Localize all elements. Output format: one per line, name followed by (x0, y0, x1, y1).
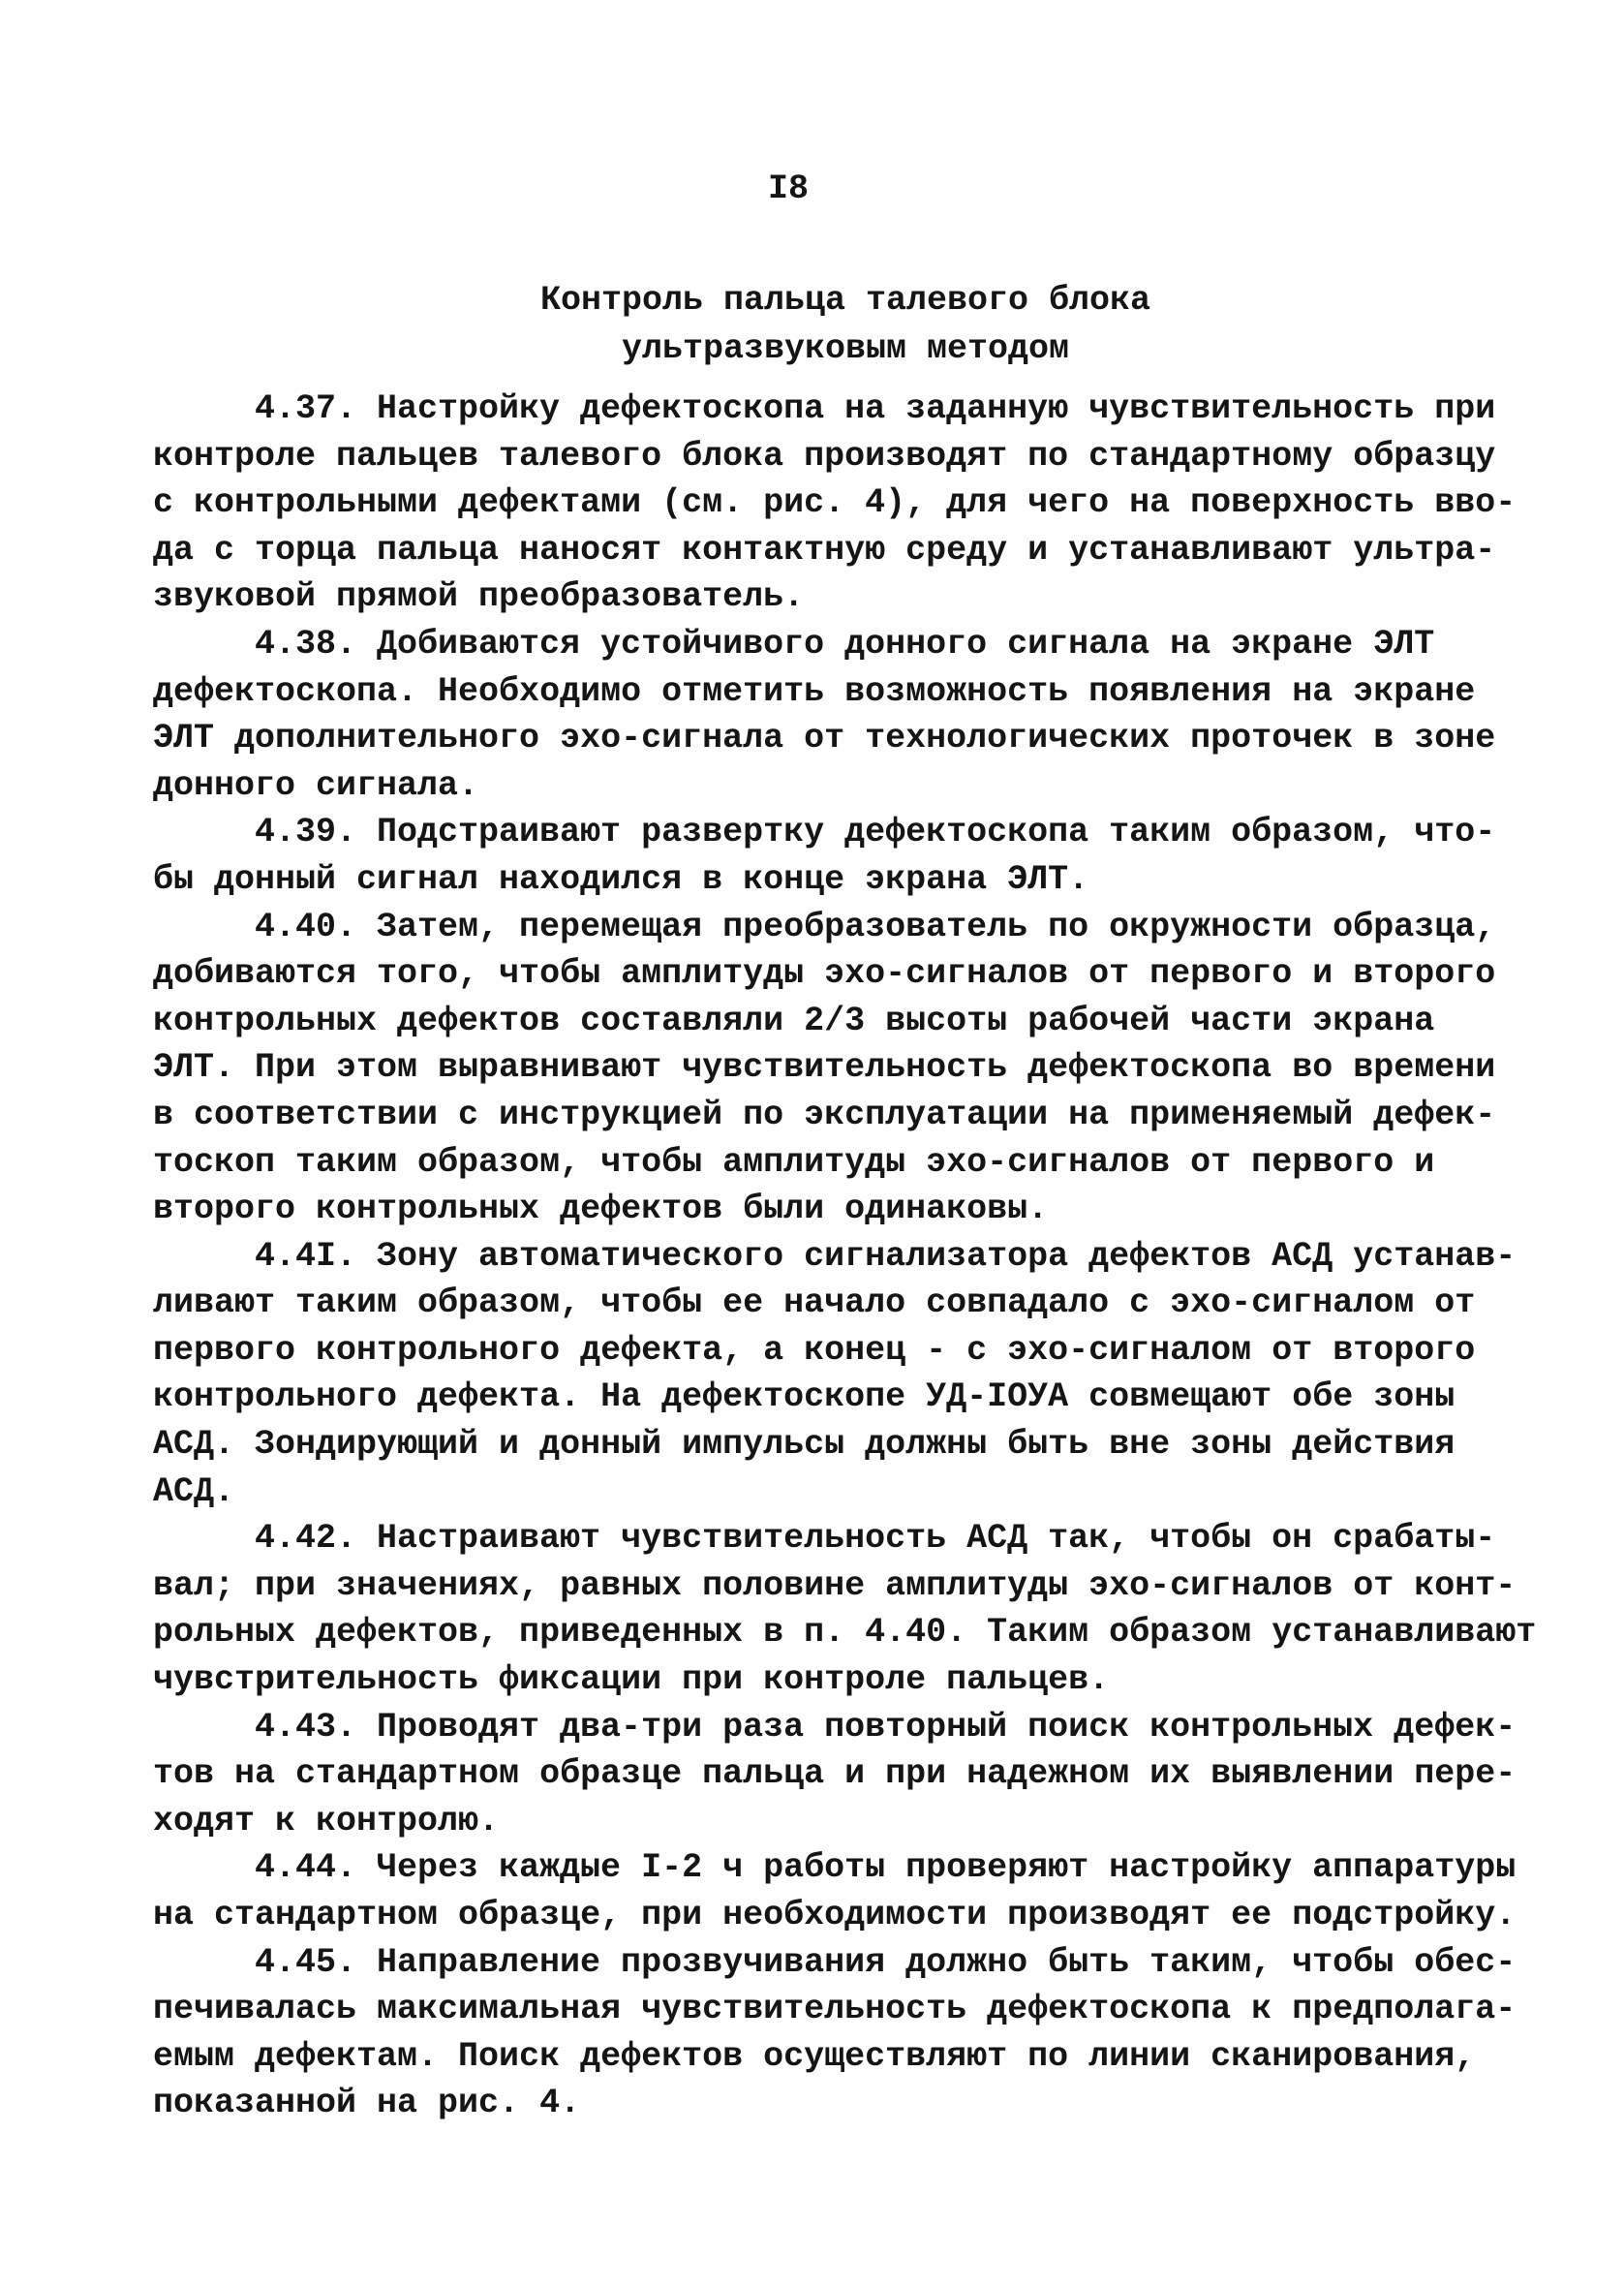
text-line: тов на стандартном образце пальца и при … (153, 1750, 1567, 1798)
text-line: да с торца пальца наносят контактную сре… (153, 527, 1567, 574)
text-line: тоскоп таким образом, чтобы амплитуды эх… (153, 1139, 1567, 1187)
text-line: ходят к контролю. (153, 1798, 1567, 1845)
text-line: чувстрительность фиксации при контроле п… (153, 1656, 1567, 1704)
text-line: АСД. Зондирующий и донный импульсы должн… (153, 1421, 1567, 1469)
text-line: 4.42. Настраивают чувствительность АСД т… (153, 1515, 1567, 1562)
text-line: первого контрольного дефекта, а конец - … (153, 1327, 1567, 1375)
text-line: печивалась максимальная чувствительность… (153, 1986, 1567, 2033)
section-heading: Контроль пальца талевого блока ультразву… (172, 276, 1518, 373)
paragraph-4-45: 4.45. Направление прозвучивания должно б… (153, 1939, 1567, 2127)
text-line: ливают таким образом, чтобы ее начало со… (153, 1280, 1567, 1327)
text-line: добиваются того, чтобы амплитуды эхо-сиг… (153, 950, 1567, 998)
text-line: контрольного дефекта. На дефектоскопе УД… (153, 1374, 1567, 1421)
text-line: АСД. (153, 1469, 1567, 1516)
paragraph-4-41: 4.4I. Зону автоматического сигнализатора… (153, 1233, 1567, 1516)
text-line: бы донный сигнал находился в конце экран… (153, 856, 1567, 904)
text-line: контроле пальцев талевого блока производ… (153, 433, 1567, 480)
text-line: дефектоскопа. Необходимо отметить возмож… (153, 668, 1567, 716)
text-line: 4.38. Добиваются устойчивого донного сиг… (153, 621, 1567, 668)
text-line: звуковой прямой преобразователь. (153, 573, 1567, 621)
text-line: 4.39. Подстраивают развертку дефектоскоп… (153, 809, 1567, 856)
text-line: рольных дефектов, приведенных в п. 4.40.… (153, 1609, 1567, 1656)
text-line: 4.4I. Зону автоматического сигнализатора… (153, 1233, 1567, 1281)
text-line: в соответствии с инструкцией по эксплуат… (153, 1092, 1567, 1139)
page-number: I8 (153, 166, 1424, 212)
text-line: 4.43. Проводят два-три раза повторный по… (153, 1704, 1567, 1751)
text-line: контрольных дефектов составляли 2/3 высо… (153, 998, 1567, 1045)
text-line: ЭЛТ. При этом выравнивают чувствительнос… (153, 1044, 1567, 1092)
document-body: 4.37. Настройку дефектоскопа на заданную… (153, 386, 1567, 2127)
text-line: ЭЛТ дополнительного эхо-сигнала от техно… (153, 715, 1567, 762)
text-line: второго контрольных дефектов были одинак… (153, 1186, 1567, 1233)
paragraph-4-42: 4.42. Настраивают чувствительность АСД т… (153, 1515, 1567, 1703)
text-line: 4.40. Затем, перемещая преобразователь п… (153, 904, 1567, 951)
text-line: с контрольными дефектами (см. рис. 4), д… (153, 479, 1567, 527)
paragraph-4-43: 4.43. Проводят два-три раза повторный по… (153, 1704, 1567, 1845)
text-line: емым дефектам. Поиск дефектов осуществля… (153, 2033, 1567, 2081)
text-line: 4.45. Направление прозвучивания должно б… (153, 1939, 1567, 1987)
paragraph-4-40: 4.40. Затем, перемещая преобразователь п… (153, 904, 1567, 1233)
heading-line-2: ультразвуковым методом (172, 325, 1518, 373)
document-page: I8 Контроль пальца талевого блока ультра… (0, 0, 1624, 2288)
heading-line-1: Контроль пальца талевого блока (172, 276, 1518, 325)
text-line: на стандартном образце, при необходимост… (153, 1892, 1567, 1939)
text-line: донного сигнала. (153, 762, 1567, 810)
paragraph-4-44: 4.44. Через каждые I-2 ч работы проверяю… (153, 1844, 1567, 1938)
text-line: 4.44. Через каждые I-2 ч работы проверяю… (153, 1844, 1567, 1892)
text-line: показанной на рис. 4. (153, 2080, 1567, 2127)
paragraph-4-38: 4.38. Добиваются устойчивого донного сиг… (153, 621, 1567, 809)
text-line: вал; при значениях, равных половине ампл… (153, 1562, 1567, 1610)
text-line: 4.37. Настройку дефектоскопа на заданную… (153, 386, 1567, 433)
paragraph-4-37: 4.37. Настройку дефектоскопа на заданную… (153, 386, 1567, 621)
paragraph-4-39: 4.39. Подстраивают развертку дефектоскоп… (153, 809, 1567, 903)
